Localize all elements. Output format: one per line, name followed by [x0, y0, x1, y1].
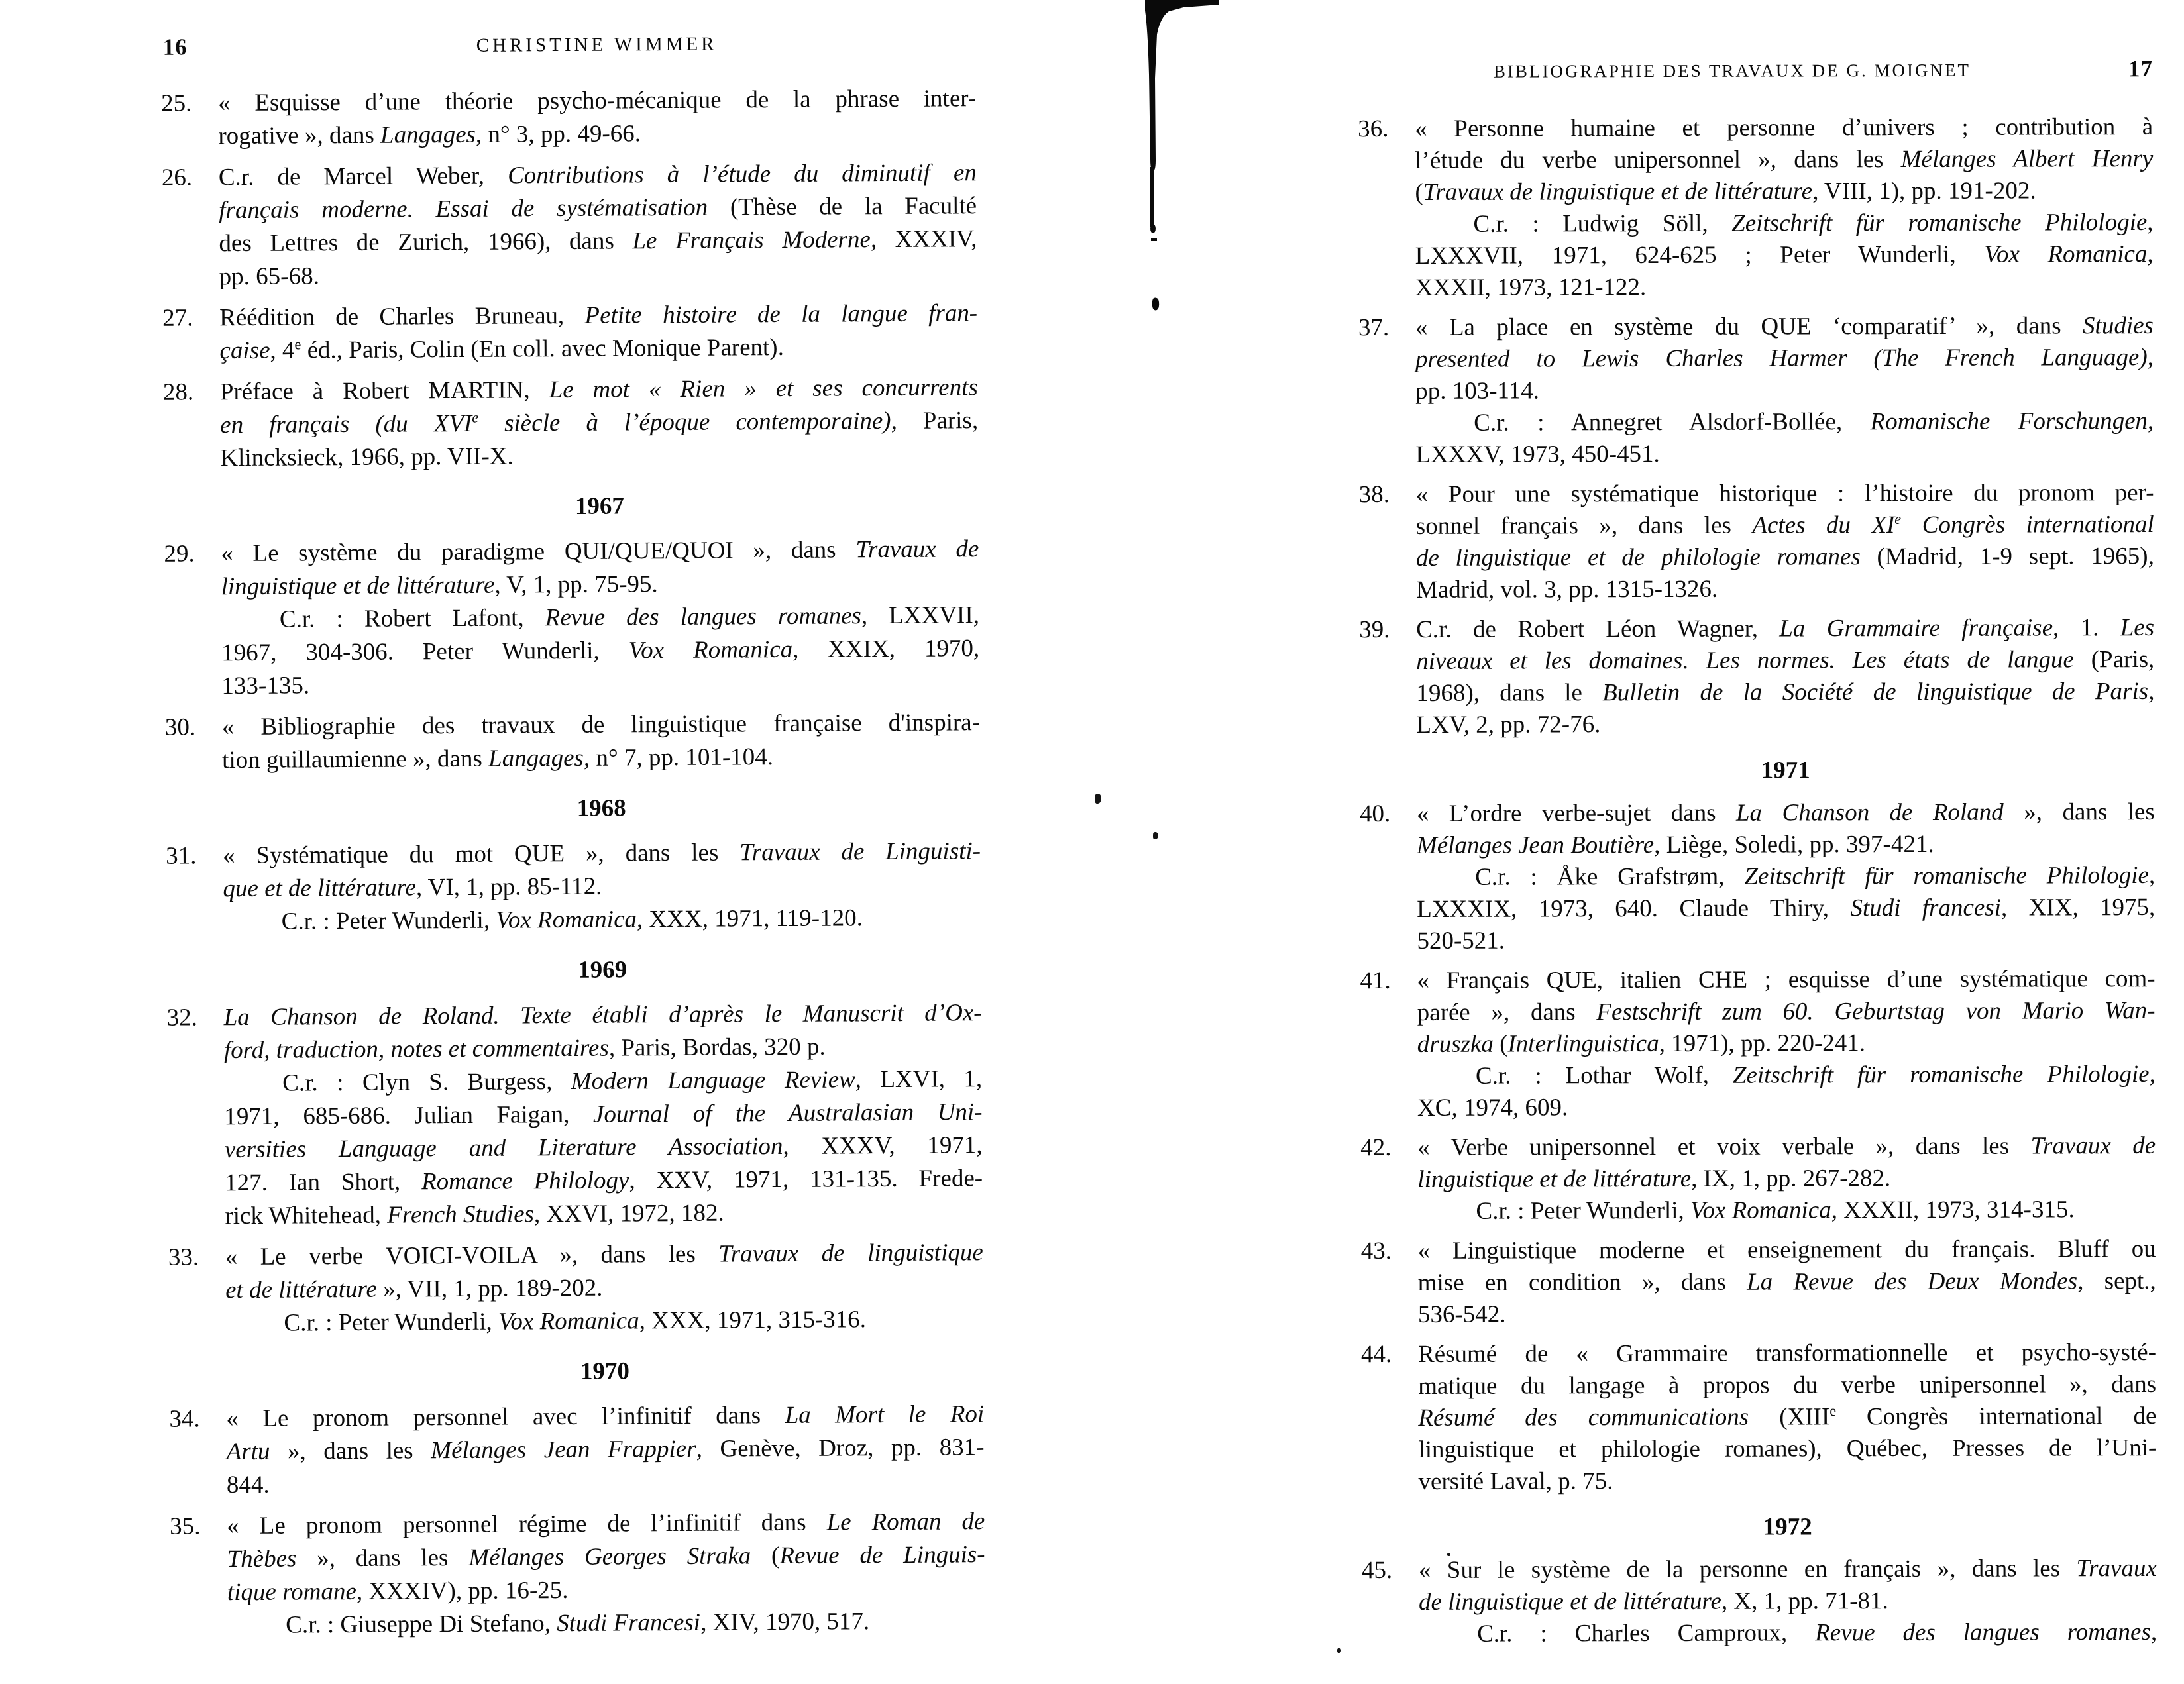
text-line: 1968), dans le Bulletin de la Société de…: [1416, 676, 2154, 710]
text-line: Mélanges Jean Boutière, Liège, Soledi, p…: [1417, 828, 2155, 862]
text: 844.: [227, 1471, 270, 1499]
text: « Pour une systématique historique : l’h…: [1416, 479, 2154, 508]
entry-paragraph: « Le verbe VOICI-VOILA », dans les Trava…: [225, 1236, 984, 1307]
entry-paragraph: « Personne humaine et personne d’univers…: [1415, 111, 2153, 209]
text-line: l’étude du verbe unipersonnel », dans le…: [1415, 143, 2153, 177]
text-line: LXXXIX, 1973, 640. Claude Thiry, Studi f…: [1417, 892, 2155, 925]
text-line: « Pour une systématique historique : l’h…: [1416, 477, 2154, 511]
text: C.r. : Charles Camproux,: [1477, 1619, 1815, 1647]
italic-text: linguistique et de littérature: [1417, 1165, 1691, 1193]
text-line: « Le système du paradigme QUI/QUE/QUOI »…: [221, 533, 979, 570]
text-line: C.r. : Åke Grafstrøm, Zeitschrift für ro…: [1417, 860, 2155, 894]
italic-text: Langages: [380, 121, 476, 149]
text: , VIII, 1), pp. 191-202.: [1812, 177, 2036, 205]
entry-body: « Systématique du mot QUE », dans les Tr…: [223, 835, 981, 939]
bibliography-entry: 39.C.r. de Robert Léon Wagner, La Gramma…: [1359, 612, 2154, 741]
italic-text: ford, traduction, notes et commentaires: [224, 1035, 609, 1065]
entry-body: « Pour une systématique historique : l’h…: [1416, 477, 2154, 606]
italic-text: Petite histoire de la langue fran-: [584, 299, 977, 329]
text-line: druszka (Interlinguistica, 1971), pp. 22…: [1417, 1027, 2156, 1061]
text: 1968), dans le: [1416, 679, 1602, 707]
text: , Paris, Bordas, 320 p.: [609, 1033, 826, 1062]
text-line: Réédition de Charles Bruneau, Petite his…: [219, 297, 977, 335]
entry-paragraph: « Le pronom personnel régime de l’infini…: [227, 1505, 985, 1609]
text-line: XC, 1974, 609.: [1417, 1090, 2156, 1124]
text: , 1971), pp. 220-241.: [1659, 1029, 1866, 1057]
text: C.r. : Peter Wunderli,: [284, 1308, 498, 1337]
text: 133-135.: [221, 672, 309, 700]
text-line: niveaux et les domaines. Les normes. Les…: [1416, 644, 2154, 678]
text: , sept.,: [2077, 1267, 2156, 1294]
text-line: « La place en système du QUE ‘comparatif…: [1415, 310, 2154, 344]
text: , XXXIV,: [871, 225, 977, 253]
entry-number: 42.: [1360, 1132, 1391, 1164]
entry-number: 28.: [163, 376, 194, 409]
review-paragraph: C.r. : Lothar Wolf, Zeitschrift für roma…: [1417, 1059, 2156, 1124]
text: ,: [2147, 209, 2153, 236]
text: », VII, 1, pp. 189-202.: [377, 1275, 603, 1303]
entry-body: « Le verbe VOICI-VOILA », dans les Trava…: [225, 1236, 984, 1340]
italic-text: siècle à l’époque contemporaine): [478, 407, 891, 437]
text-line: 536-542.: [1418, 1297, 2156, 1331]
text: « Verbe unipersonnel et voix verbale », …: [1417, 1133, 2030, 1161]
text: Résumé de « Grammaire transformationnell…: [1418, 1339, 2156, 1368]
entry-body: « Bibliographie des travaux de linguisti…: [222, 706, 981, 777]
text: C.r. : Robert Lafont,: [280, 604, 545, 633]
text: « Systématique du mot QUE », dans les: [223, 839, 739, 869]
text-line: des Lettres de Zurich, 1966), dans Le Fr…: [219, 223, 977, 260]
text: , XXX, 1971, 119-120.: [637, 904, 863, 933]
italic-text: Contributions à l’étude du diminutif en: [508, 159, 977, 189]
text: (XIII: [1749, 1403, 1829, 1430]
entry-paragraph: La Chanson de Roland. Texte établi d’apr…: [223, 996, 982, 1067]
text: Préface à Robert MARTIN,: [220, 376, 549, 405]
italic-text: Modern Language Review: [571, 1066, 855, 1095]
text-line: tion guillaumienne », dans Langages, n° …: [222, 739, 980, 777]
entry-number: 45.: [1362, 1555, 1392, 1587]
bibliography-entry: 31.« Systématique du mot QUE », dans les…: [166, 835, 981, 939]
text-line: « L’ordre verbe-sujet dans La Chanson de…: [1417, 796, 2155, 830]
running-title-left: CHRISTINE WIMMER: [218, 32, 976, 58]
text: sonnel français », dans les: [1416, 512, 1753, 540]
entry-number: 36.: [1358, 113, 1388, 145]
entry-number: 35.: [170, 1510, 201, 1543]
text: « Le pronom personnel régime de l’infini…: [227, 1509, 827, 1540]
entry-paragraph: « Bibliographie des travaux de linguisti…: [222, 706, 981, 777]
year-heading: 1971: [1417, 754, 2155, 788]
text-line: Madrid, vol. 3, pp. 1315-1326.: [1416, 572, 2154, 606]
text-line: « Français QUE, italien CHE ; esquisse d…: [1417, 963, 2155, 997]
text-line: Résumé de « Grammaire transformationnell…: [1418, 1337, 2156, 1371]
italic-text: de linguistique et de philologie romanes: [1416, 543, 1861, 572]
text: versité Laval, p. 75.: [1418, 1467, 1613, 1495]
year-heading: 1972: [1419, 1510, 2157, 1544]
review-paragraph: C.r. : Peter Wunderli, Vox Romanica, XXX…: [225, 1302, 983, 1340]
italic-text: Studi francesi: [1850, 894, 2001, 922]
text-line: rogative », dans Langages, n° 3, pp. 49-…: [218, 115, 976, 153]
right-page: BIBLIOGRAPHIE DES TRAVAUX DE G. MOIGNET …: [1124, 0, 2184, 1684]
text: , XIV, 1970, 517.: [700, 1608, 869, 1636]
text-line: « Sur le système de la personne en franç…: [1419, 1553, 2157, 1587]
italic-text: La Chanson de Roland. Texte établi d’apr…: [223, 999, 981, 1031]
text: (: [1494, 1031, 1508, 1058]
entry-number: 25.: [161, 87, 192, 120]
entry-paragraph: « Pour une systématique historique : l’h…: [1416, 477, 2154, 606]
review-paragraph: C.r. : Peter Wunderli, Vox Romanica, XXX…: [1417, 1194, 2156, 1228]
text: C.r. : Åke Grafstrøm,: [1475, 863, 1744, 891]
entry-number: 32.: [166, 1001, 197, 1034]
text-line: çaise, 4e éd., Paris, Colin (En coll. av…: [219, 330, 977, 368]
year-heading: 1970: [226, 1353, 984, 1391]
text: « Le verbe VOICI-VOILA », dans les: [225, 1241, 719, 1271]
text-line: C.r. : Peter Wunderli, Vox Romanica, XXX…: [1417, 1194, 2156, 1228]
entry-body: « L’ordre verbe-sujet dans La Chanson de…: [1417, 796, 2156, 957]
text-line: C.r. : Robert Lafont, Revue des langues …: [221, 599, 979, 637]
text-line: mise en condition », dans La Revue des D…: [1418, 1265, 2156, 1299]
text-line: français moderne. Essai de systématisati…: [219, 189, 977, 227]
text-line: de linguistique et de philologie romanes…: [1416, 541, 2154, 574]
entry-paragraph: Résumé de « Grammaire transformationnell…: [1418, 1337, 2157, 1498]
entry-body: « Linguistique moderne et enseignement d…: [1418, 1234, 2156, 1331]
italic-text: linguistique et de littérature: [221, 572, 495, 601]
text: , XXV, 1971, 131-135. Frede-: [629, 1165, 983, 1194]
entry-paragraph: « L’ordre verbe-sujet dans La Chanson de…: [1417, 796, 2155, 862]
text: , 1.: [2053, 614, 2120, 641]
text: 127. Ian Short,: [225, 1168, 421, 1196]
text: ,: [2148, 344, 2154, 371]
text: , XXXV, 1971,: [783, 1131, 983, 1160]
italic-text: e: [472, 409, 478, 425]
text: (Thèse de la Faculté: [708, 192, 977, 221]
review-paragraph: C.r. : Åke Grafstrøm, Zeitschrift für ro…: [1417, 860, 2155, 957]
text-line: 127. Ian Short, Romance Philology, XXV, …: [225, 1162, 983, 1200]
text-line: sonnel français », dans les Actes du XIe…: [1416, 509, 2154, 543]
entry-body: « Personne humaine et personne d’univers…: [1415, 111, 2154, 304]
text: , LXVI, 1,: [855, 1065, 983, 1093]
entry-number: 34.: [169, 1402, 200, 1436]
text: C.r. : Lothar Wolf,: [1476, 1062, 1733, 1090]
text-line: C.r. : Giuseppe Di Stefano, Studi France…: [227, 1605, 985, 1642]
italic-text: Revue de Linguis-: [779, 1541, 985, 1569]
text: XC, 1974, 609.: [1417, 1094, 1568, 1122]
italic-text: tique romane: [227, 1578, 356, 1606]
text: », dans les: [296, 1544, 468, 1573]
text-line: parée », dans Festschrift zum 60. Geburt…: [1417, 995, 2156, 1029]
bibliography-entry: 41.« Français QUE, italien CHE ; esquiss…: [1360, 963, 2156, 1124]
entry-body: La Chanson de Roland. Texte établi d’apr…: [223, 996, 983, 1233]
page-number-right: 17: [2079, 56, 2153, 82]
italic-text: Actes du XI: [1752, 511, 1894, 539]
bibliography-entry: 38.« Pour une systématique historique : …: [1359, 477, 2154, 606]
text-line: 133-135.: [221, 665, 979, 703]
text: , XXVI, 1972, 182.: [534, 1200, 724, 1228]
text: (Madrid, 1-9 sept. 1965),: [1861, 543, 2154, 570]
entry-paragraph: « Le système du paradigme QUI/QUE/QUOI »…: [221, 533, 979, 604]
text: « Bibliographie des travaux de linguisti…: [222, 709, 980, 741]
running-title-right: BIBLIOGRAPHIE DES TRAVAUX DE G. MOIGNET: [1363, 60, 2101, 82]
entry-body: « Esquisse d’une théorie psycho-mécaniqu…: [218, 82, 977, 153]
text: LXV, 2, pp. 72-76.: [1416, 711, 1600, 739]
text-line: pp. 103-114.: [1415, 374, 2154, 407]
entry-paragraph: « Linguistique moderne et enseignement d…: [1418, 1234, 2156, 1331]
italic-text: Vox Romanica: [1690, 1196, 1831, 1224]
italic-text: Congrès international: [1901, 511, 2154, 539]
text: XXXII, 1973, 121-122.: [1415, 274, 1646, 301]
text: « Personne humaine et personne d’univers…: [1415, 113, 2153, 142]
bibliography-entry: 45.« Sur le système de la personne en fr…: [1362, 1553, 2157, 1650]
italic-text: Travaux de: [855, 535, 979, 563]
text-line: en français (du XVIe siècle à l’époque c…: [220, 404, 978, 442]
text: (Paris,: [2074, 646, 2154, 673]
italic-text: que et de littérature: [223, 874, 416, 902]
text: 1967, 304-306. Peter Wunderli,: [221, 637, 629, 666]
italic-text: Bulletin de la Société de linguistique d…: [1602, 678, 2148, 706]
text: ,: [2149, 862, 2155, 889]
entry-number: 44.: [1361, 1339, 1392, 1371]
italic-text: Revue des langues romanes: [1815, 1618, 2151, 1646]
text: C.r. de Marcel Weber,: [219, 162, 508, 191]
text-line: LXV, 2, pp. 72-76.: [1416, 708, 2154, 741]
bibliography-column-right: 36.« Personne humaine et personne d’univ…: [1358, 111, 2157, 1658]
entry-paragraph: « Esquisse d’une théorie psycho-mécaniqu…: [218, 82, 977, 153]
italic-text: Mélanges Georges Straka: [468, 1542, 751, 1571]
text-line: C.r. : Peter Wunderli, Vox Romanica, XXX…: [225, 1302, 983, 1340]
text: , 4: [270, 337, 294, 364]
text: Klincksieck, 1966, pp. VII-X.: [220, 443, 513, 472]
italic-text: French Studies: [387, 1200, 534, 1228]
italic-text: Thèbes: [227, 1545, 296, 1573]
entry-body: « Verbe unipersonnel et voix verbale », …: [1417, 1130, 2156, 1228]
text: parée », dans: [1417, 998, 1597, 1026]
italic-text: Travaux de linguistique: [718, 1239, 983, 1267]
text-line: pp. 65-68.: [219, 256, 977, 293]
bibliography-entry: 27.Réédition de Charles Bruneau, Petite …: [162, 297, 978, 368]
text-line: que et de littérature, VI, 1, pp. 85-112…: [223, 868, 981, 906]
text: « La place en système du QUE ‘comparatif…: [1415, 312, 2083, 341]
text: , XXIX, 1970,: [792, 635, 979, 663]
italic-text: Zeitschrift für romanische Philologie: [1731, 209, 2147, 237]
text: linguistique et philologie romanes), Qué…: [1418, 1434, 2156, 1463]
text-line: Thèbes », dans les Mélanges Georges Stra…: [227, 1538, 985, 1576]
text: l’étude du verbe unipersonnel », dans le…: [1415, 146, 1900, 174]
text: C.r. : Annegret Alsdorf-Bollée,: [1474, 408, 1870, 437]
text: , VI, 1, pp. 85-112.: [416, 873, 602, 902]
text-line: C.r. : Lothar Wolf, Zeitschrift für roma…: [1417, 1059, 2156, 1092]
entry-paragraph: Préface à Robert MARTIN, Le mot « Rien »…: [220, 371, 979, 475]
text: éd., Paris, Colin (En coll. avec Monique…: [301, 334, 784, 364]
text-line: presented to Lewis Charles Harmer (The F…: [1415, 342, 2154, 376]
text-line: « Le verbe VOICI-VOILA », dans les Trava…: [225, 1236, 983, 1274]
bibliography-entry: 34.« Le pronom personnel avec l’infiniti…: [169, 1398, 985, 1502]
italic-text: versities Language and Literature Associ…: [225, 1133, 783, 1163]
text: C.r. de Robert Léon Wagner,: [1416, 615, 1779, 643]
entry-number: 43.: [1361, 1236, 1392, 1267]
italic-text: français moderne. Essai de systématisati…: [219, 194, 708, 225]
italic-text: Studies: [2083, 312, 2154, 339]
text: « Français QUE, italien CHE ; esquisse d…: [1417, 965, 2155, 994]
italic-text: Le mot « Rien » et ses concurrents: [549, 374, 977, 403]
entry-paragraph: « Sur le système de la personne en franç…: [1419, 1553, 2157, 1618]
italic-text: Artu: [226, 1438, 270, 1465]
entry-paragraph: « Verbe unipersonnel et voix verbale », …: [1417, 1130, 2156, 1196]
bibliography-entry: 29.« Le système du paradigme QUI/QUE/QUO…: [164, 533, 980, 704]
text: « Linguistique moderne et enseignement d…: [1418, 1236, 2156, 1265]
text-line: « Le pronom personnel régime de l’infini…: [227, 1505, 985, 1543]
text: ,: [2150, 1061, 2156, 1088]
italic-text: çaise: [219, 337, 270, 364]
text-line: 1971, 685-686. Julian Faigan, Journal of…: [224, 1096, 982, 1133]
italic-text: Mélanges Albert Henry: [1901, 145, 2154, 173]
text: , XIX, 1975,: [2001, 894, 2155, 921]
text-line: de linguistique et de littérature, X, 1,…: [1419, 1585, 2157, 1618]
text: ,: [2147, 240, 2153, 268]
text-line: « Le pronom personnel avec l’infinitif d…: [226, 1398, 984, 1436]
text: LXXXV, 1973, 450-451.: [1415, 441, 1659, 468]
text-line: C.r. : Clyn S. Burgess, Modern Language …: [224, 1063, 982, 1100]
bibliography-entry: 40.« L’ordre verbe-sujet dans La Chanson…: [1360, 796, 2156, 957]
text-line: 520-521.: [1417, 923, 2155, 957]
scanned-book-spread: { "pages": [ { "page_number": "16", "run…: [0, 0, 2184, 1684]
italic-text: Mélanges Jean Frappier: [431, 1436, 696, 1464]
italic-text: en français (du XVI: [220, 410, 472, 439]
bibliography-entry: 44.Résumé de « Grammaire transformationn…: [1361, 1337, 2157, 1498]
text-line: Préface à Robert MARTIN, Le mot « Rien »…: [220, 371, 978, 409]
text: Congrès international de: [1836, 1402, 2156, 1430]
text: LXXXVII, 1971, 624-625 ; Peter Wunderli,: [1415, 241, 1985, 270]
text-line: C.r. : Peter Wunderli, Vox Romanica, XXX…: [223, 901, 981, 939]
text: », dans les: [2004, 798, 2155, 826]
year-heading: 1967: [221, 488, 979, 525]
entry-body: « Le pronom personnel avec l’infinitif d…: [226, 1398, 985, 1502]
text-line: et de littérature », VII, 1, pp. 189-202…: [225, 1269, 983, 1307]
text: C.r. : Peter Wunderli,: [1476, 1197, 1690, 1225]
review-paragraph: C.r. : Robert Lafont, Revue des langues …: [221, 599, 980, 703]
italic-text: druszka: [1417, 1031, 1494, 1058]
bibliography-entry: 33.« Le verbe VOICI-VOILA », dans les Tr…: [168, 1236, 984, 1341]
entry-body: Préface à Robert MARTIN, Le mot « Rien »…: [220, 371, 979, 475]
text-line: linguistique et de littérature, V, 1, pp…: [221, 566, 979, 604]
bibliography-column-left: 25.« Esquisse d’une théorie psycho-mécan…: [161, 82, 985, 1650]
text: ,: [2148, 678, 2154, 705]
review-paragraph: C.r. : Giuseppe Di Stefano, Studi France…: [227, 1605, 985, 1642]
text: 536-542.: [1418, 1301, 1506, 1328]
text: « Le système du paradigme QUI/QUE/QUOI »…: [221, 536, 855, 567]
text: Réédition de Charles Bruneau,: [219, 302, 585, 331]
text: e: [294, 336, 301, 352]
entry-body: « Le pronom personnel régime de l’infini…: [227, 1505, 985, 1642]
review-paragraph: C.r. : Annegret Alsdorf-Bollée, Romanisc…: [1415, 405, 2154, 471]
text-line: « Linguistique moderne et enseignement d…: [1418, 1234, 2156, 1267]
text-line: LXXXVII, 1971, 624-625 ; Peter Wunderli,…: [1415, 238, 2154, 272]
text-line: 1967, 304-306. Peter Wunderli, Vox Roman…: [221, 632, 979, 670]
entry-number: 30.: [165, 711, 196, 744]
italic-text: La Chanson de Roland: [1736, 799, 2004, 827]
text: , n° 7, pp. 101-104.: [584, 743, 773, 772]
entry-number: 39.: [1359, 614, 1390, 646]
text-line: tique romane, XXXIV), pp. 16-25.: [227, 1571, 985, 1609]
entry-number: 29.: [164, 537, 195, 570]
entry-body: « Français QUE, italien CHE ; esquisse d…: [1417, 963, 2156, 1124]
text: C.r. : Peter Wunderli,: [282, 907, 496, 935]
text: rogative », dans: [218, 122, 380, 150]
text: des Lettres de Zurich, 1966), dans: [219, 227, 632, 257]
bibliography-entry: 42.« Verbe unipersonnel et voix verbale …: [1360, 1130, 2156, 1228]
entry-body: Réédition de Charles Bruneau, Petite his…: [219, 297, 978, 368]
entry-number: 38.: [1359, 479, 1390, 511]
text: , Paris,: [891, 407, 978, 435]
text-line: « Personne humaine et personne d’univers…: [1415, 111, 2153, 145]
text-line: (Travaux de linguistique et de littératu…: [1415, 175, 2153, 209]
year-heading: 1969: [223, 951, 981, 989]
italic-text: Vox Romanica: [496, 906, 637, 933]
text: mise en condition », dans: [1418, 1269, 1747, 1296]
text-line: « Verbe unipersonnel et voix verbale », …: [1417, 1130, 2156, 1164]
review-paragraph: C.r. : Clyn S. Burgess, Modern Language …: [224, 1063, 983, 1233]
text-line: « Esquisse d’une théorie psycho-mécaniqu…: [218, 82, 976, 120]
italic-text: Revue des langues romanes: [545, 602, 861, 631]
italic-text: Journal of the Australasian Uni-: [593, 1098, 983, 1128]
entry-paragraph: « Le pronom personnel avec l’infinitif d…: [226, 1398, 985, 1502]
text: 1971, 685-686. Julian Faigan,: [224, 1101, 593, 1130]
text: 520-521.: [1417, 927, 1505, 955]
year-heading: 1968: [223, 790, 981, 827]
bibliography-entry: 37.« La place en système du QUE ‘compara…: [1358, 310, 2154, 471]
entry-body: C.r. de Robert Léon Wagner, La Grammaire…: [1416, 612, 2154, 741]
text: Madrid, vol. 3, pp. 1315-1326.: [1416, 576, 1718, 604]
italic-text: Interlinguistica: [1507, 1030, 1659, 1058]
italic-text: de linguistique et de littérature: [1419, 1588, 1721, 1616]
italic-text: Le Français Moderne: [632, 226, 871, 254]
entry-body: « Sur le système de la personne en franç…: [1419, 1553, 2157, 1650]
text: , IX, 1, pp. 267-282.: [1691, 1165, 1890, 1192]
text: , XXXII, 1973, 314-315.: [1831, 1196, 2075, 1224]
text: (: [751, 1542, 779, 1569]
review-paragraph: C.r. : Ludwig Söll, Zeitschrift für roma…: [1415, 207, 2153, 304]
text: e: [1829, 1402, 1836, 1419]
entry-number: 27.: [162, 301, 193, 335]
entry-number: 37.: [1358, 312, 1389, 344]
italic-text: Studi Francesi: [557, 1609, 700, 1637]
italic-text: Résumé des communications: [1418, 1404, 1749, 1432]
bibliography-entry: 32.La Chanson de Roland. Texte établi d’…: [166, 996, 983, 1234]
italic-text: Vox Romanica: [1984, 240, 2147, 268]
entry-body: « La place en système du QUE ‘comparatif…: [1415, 310, 2154, 471]
entry-body: Résumé de « Grammaire transformationnell…: [1418, 1337, 2157, 1498]
text: (: [1415, 179, 1423, 206]
text: matique du langage à propos du verbe uni…: [1418, 1371, 2156, 1400]
text: , Genève, Droz, pp. 831-: [696, 1434, 985, 1463]
text: C.r. : Giuseppe Di Stefano,: [286, 1610, 557, 1638]
entry-paragraph: C.r. de Robert Léon Wagner, La Grammaire…: [1416, 612, 2154, 741]
italic-text: Vox Romanica: [629, 636, 793, 664]
text: LXXXIX, 1973, 640. Claude Thiry,: [1417, 894, 1850, 923]
italic-text: La Mort le Roi: [785, 1400, 984, 1429]
italic-text: Langages: [488, 745, 584, 772]
text: C.r. : Clyn S. Burgess,: [282, 1068, 571, 1097]
entry-number: 33.: [168, 1241, 199, 1274]
italic-text: Travaux: [2077, 1555, 2157, 1582]
bibliography-entry: 36.« Personne humaine et personne d’univ…: [1358, 111, 2154, 304]
entry-paragraph: « Systématique du mot QUE », dans les Tr…: [223, 835, 981, 906]
text: , XXX, 1971, 315-316.: [639, 1306, 866, 1334]
text-line: « Bibliographie des travaux de linguisti…: [222, 706, 980, 744]
italic-text: Zeitschrift für romanische Philologie: [1733, 1061, 2150, 1089]
text: « Sur le système de la personne en franç…: [1419, 1555, 2077, 1584]
text: , X, 1, pp. 71-81.: [1721, 1587, 1888, 1615]
text-line: Artu », dans les Mélanges Jean Frappier,…: [226, 1431, 984, 1469]
italic-text: Les: [2120, 614, 2155, 641]
bibliography-entry: 30.« Bibliographie des travaux de lingui…: [165, 706, 981, 778]
